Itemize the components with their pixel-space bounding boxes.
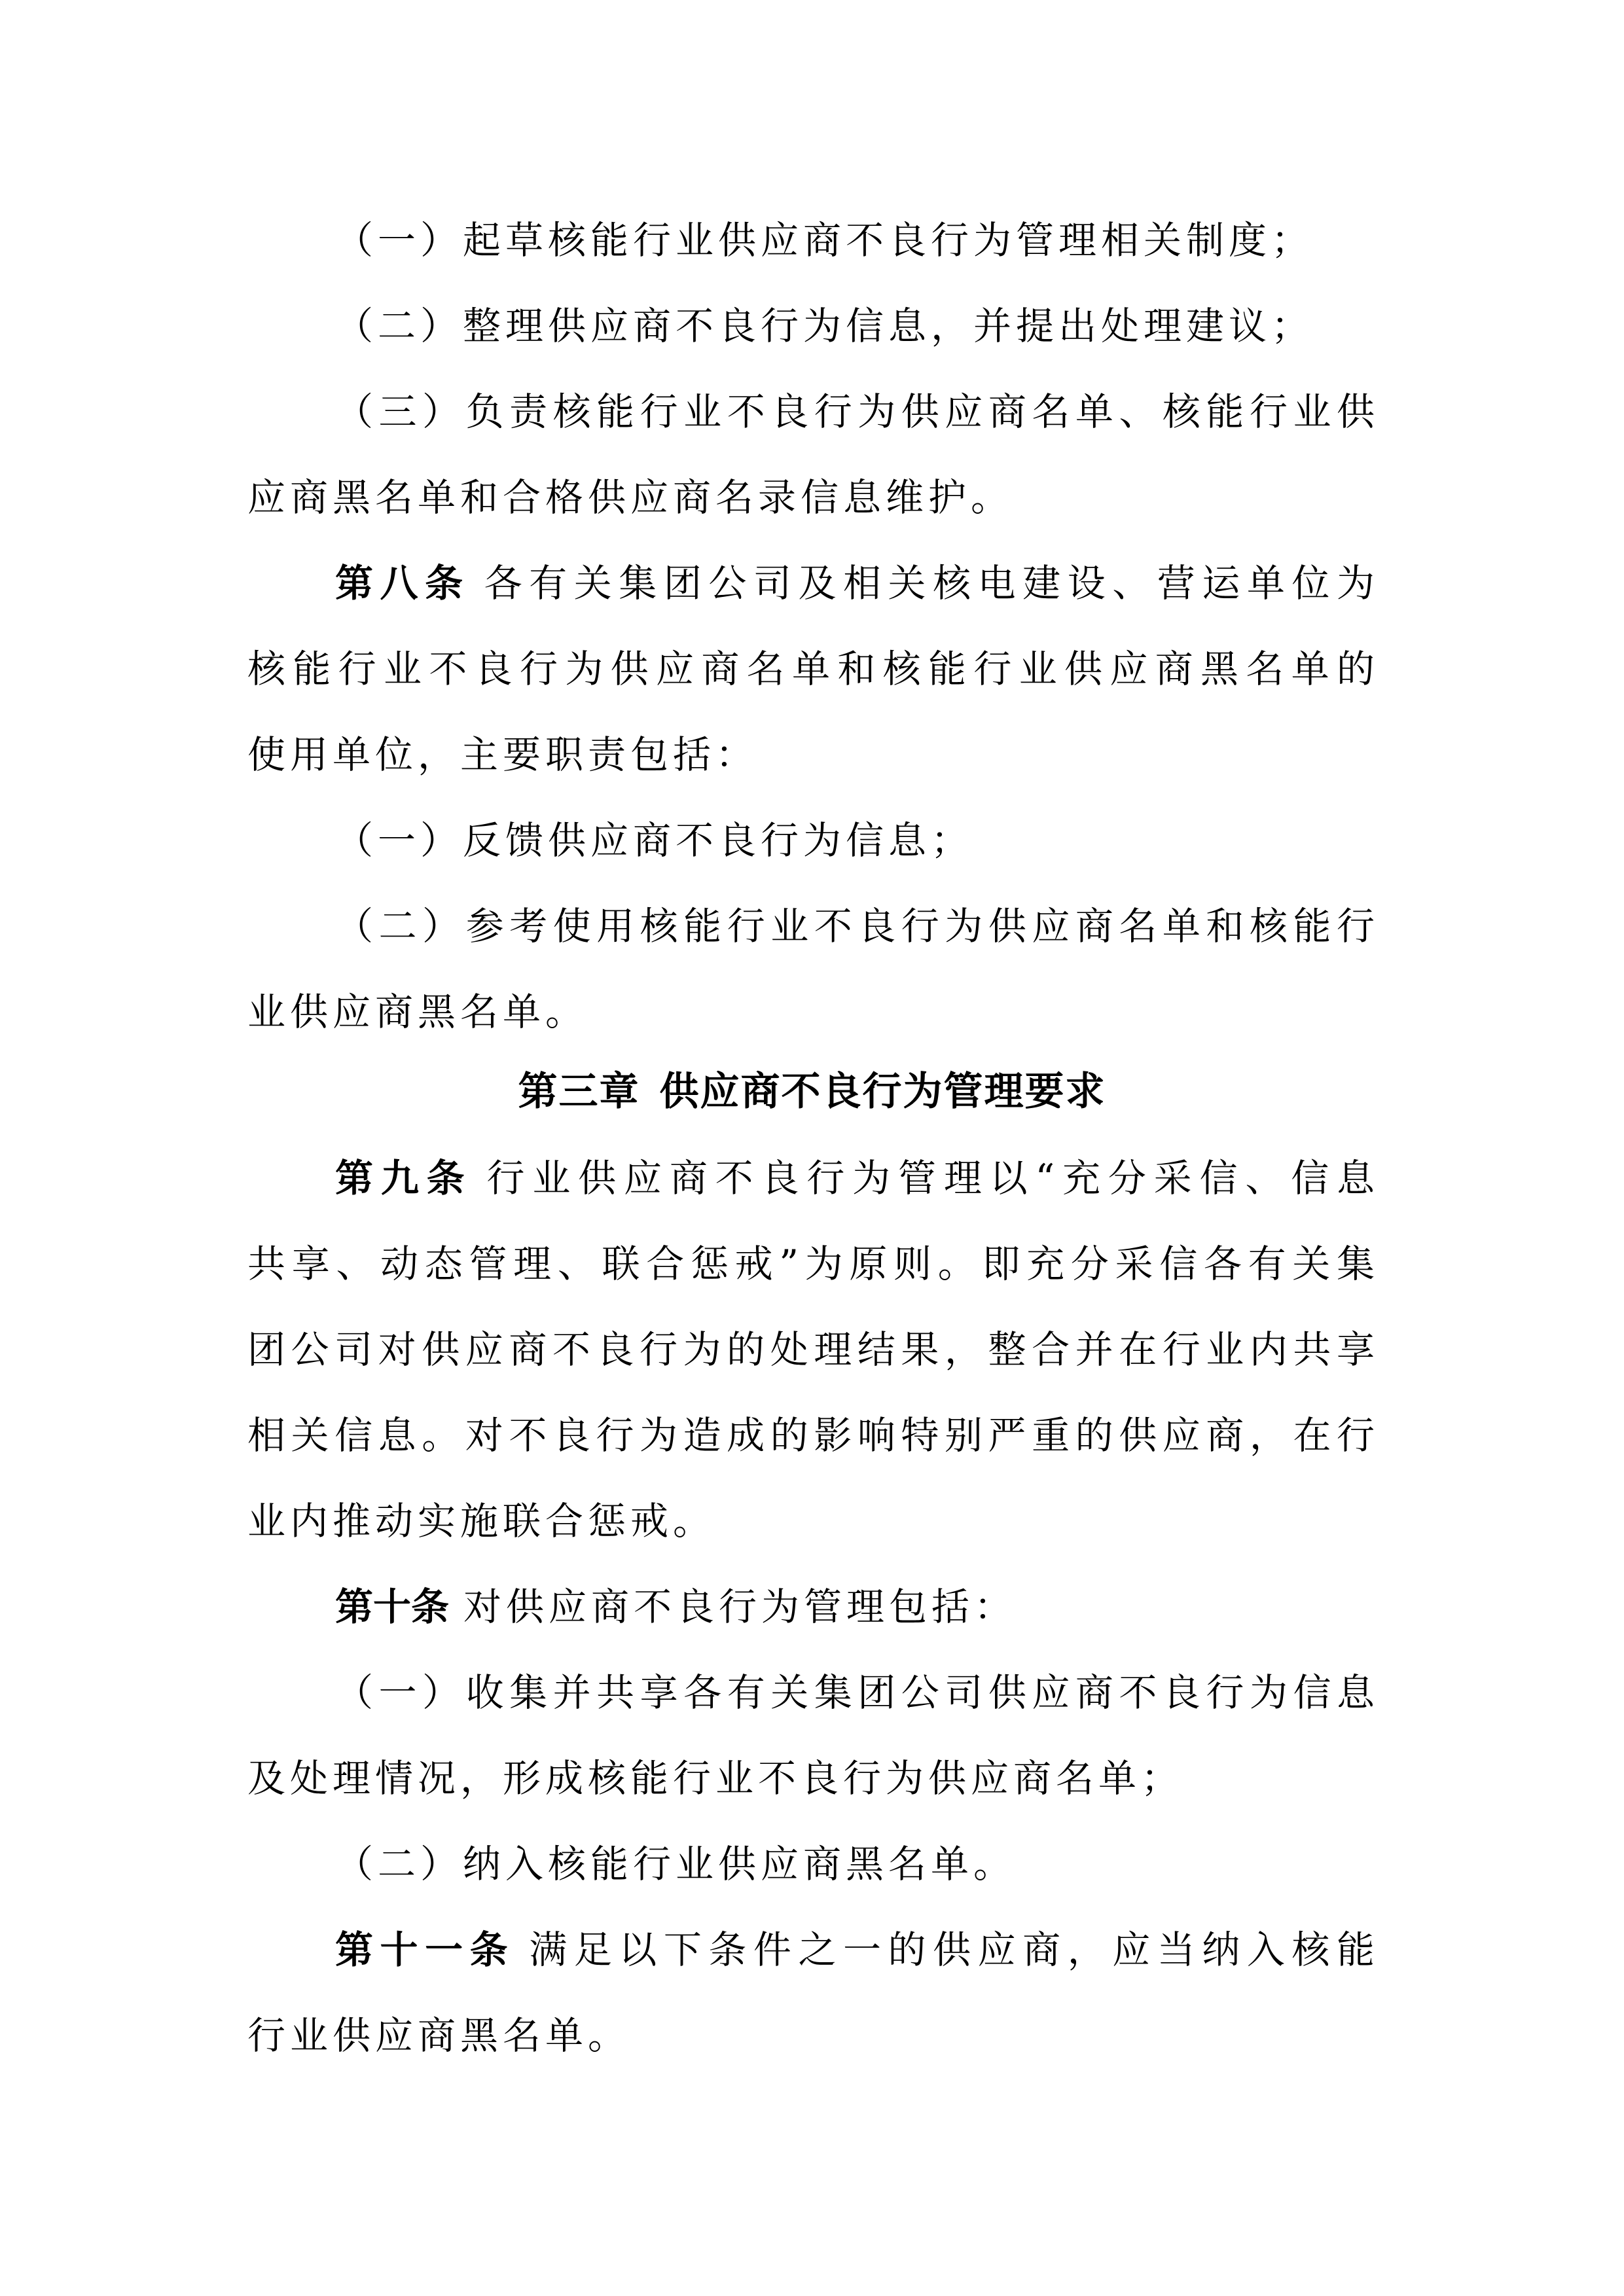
article-9-line4: 相关信息。对不良行为造成的影响特别严重的供应商，在行 — [247, 1409, 1375, 1462]
article-10-text: 对供应商不良行为管理包括： — [463, 1585, 1017, 1629]
list-item-collect-line2: 及处理情况，形成核能行业不良行为供应商名单； — [247, 1752, 1375, 1804]
article-11-line2: 行业供应商黑名单。 — [247, 2009, 1375, 2062]
chapter-title: 供应商不良行为管理要求 — [660, 1069, 1106, 1115]
article-8-line2: 核能行业不良行为供应商名单和核能行业供应商黑名单的 — [247, 643, 1375, 695]
list-item-maintain-lists-line2: 应商黑名单和合格供应商名录信息维护。 — [247, 471, 1375, 524]
chapter-heading: 第三章供应商不良行为管理要求 — [0, 1066, 1624, 1118]
article-10-line1: 第十条对供应商不良行为管理包括： — [335, 1581, 1375, 1633]
article-label: 第十一条 — [335, 1928, 514, 1972]
article-label: 第十条 — [335, 1585, 449, 1629]
article-9-line2: 共享、动态管理、联合惩戒”为原则。即充分采信各有关集 — [247, 1238, 1375, 1290]
document-page: （一）起草核能行业供应商不良行为管理相关制度； （二）整理供应商不良行为信息，并… — [0, 0, 1624, 2296]
article-11-text: 满足以下条件之一的供应商，应当纳入核能 — [529, 1928, 1375, 1972]
article-9-line1: 第九条行业供应商不良行为管理以“充分采信、信息 — [335, 1152, 1375, 1204]
chapter-number: 第三章 — [518, 1069, 640, 1115]
list-item-draft-rules: （一）起草核能行业供应商不良行为管理相关制度； — [335, 214, 1375, 266]
list-item-blacklist: （二）纳入核能行业供应商黑名单。 — [335, 1838, 1375, 1890]
article-label: 第九条 — [335, 1156, 473, 1200]
article-8-line1: 第八条各有关集团公司及相关核电建设、营运单位为 — [335, 557, 1375, 609]
list-item-collect-line1: （一）收集并共享各有关集团公司供应商不良行为信息 — [335, 1666, 1375, 1719]
article-9-line5: 业内推动实施联合惩戒。 — [247, 1495, 1375, 1547]
article-11-line1: 第十一条满足以下条件之一的供应商，应当纳入核能 — [335, 1924, 1375, 1976]
list-item-reference-line1: （二）参考使用核能行业不良行为供应商名单和核能行 — [335, 900, 1375, 952]
list-item-reference-line2: 业供应商黑名单。 — [247, 986, 1375, 1038]
article-label: 第八条 — [335, 561, 470, 605]
list-item-feedback: （一）反馈供应商不良行为信息； — [335, 814, 1375, 867]
list-item-maintain-lists-line1: （三）负责核能行业不良行为供应商名单、核能行业供 — [335, 386, 1375, 438]
article-8-text: 各有关集团公司及相关核电建设、营运单位为 — [484, 561, 1375, 605]
article-9-line3: 团公司对供应商不良行为的处理结果，整合并在行业内共享 — [247, 1323, 1375, 1376]
list-item-organize-info: （二）整理供应商不良行为信息，并提出处理建议； — [335, 300, 1375, 352]
article-8-line3: 使用单位，主要职责包括： — [247, 728, 1375, 781]
article-9-text: 行业供应商不良行为管理以“充分采信、信息 — [487, 1156, 1375, 1200]
